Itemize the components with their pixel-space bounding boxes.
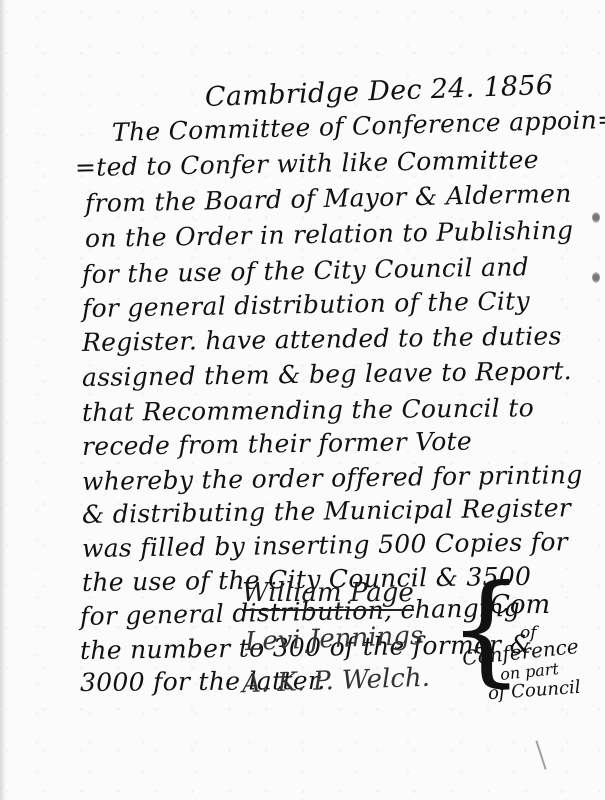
body-line: recede from their former Vote	[82, 427, 472, 461]
body-line: was filled by inserting 500 Copies for	[82, 527, 568, 563]
body-line: =ted to Confer with like Committee	[75, 145, 539, 182]
signature-william-page: William Page	[242, 578, 414, 611]
body-line: The Committee of Conference appoin=	[112, 105, 605, 147]
scanned-page: Cambridge Dec 24. 1856 The Committee of …	[0, 0, 605, 800]
stray-mark	[535, 740, 546, 769]
body-line: whereby the order offered for printing	[82, 460, 583, 496]
body-line: that Recommending the Council to	[82, 393, 534, 427]
signature-akp-welch: A. K. P. Welch.	[242, 663, 431, 700]
body-line: for general distribution of the City	[82, 286, 530, 323]
body-line: Register. have attended to the duties	[82, 321, 562, 357]
signature-levi-jennings: Levi Jennings	[245, 621, 424, 657]
binding-hole	[592, 272, 600, 283]
body-line: assigned them & beg leave to Report.	[82, 356, 572, 392]
page-edge-shadow	[0, 0, 6, 800]
document-heading: Cambridge Dec 24. 1856	[204, 70, 553, 113]
body-line: for the use of the City Council and	[82, 252, 529, 289]
committee-note-com: Com	[490, 590, 550, 620]
body-line: & distributing the Municipal Register	[82, 493, 571, 529]
binding-hole	[592, 212, 600, 223]
body-line: on the Order in relation to Publishing	[85, 215, 574, 253]
body-line: from the Board of Mayor & Aldermen	[85, 179, 572, 218]
